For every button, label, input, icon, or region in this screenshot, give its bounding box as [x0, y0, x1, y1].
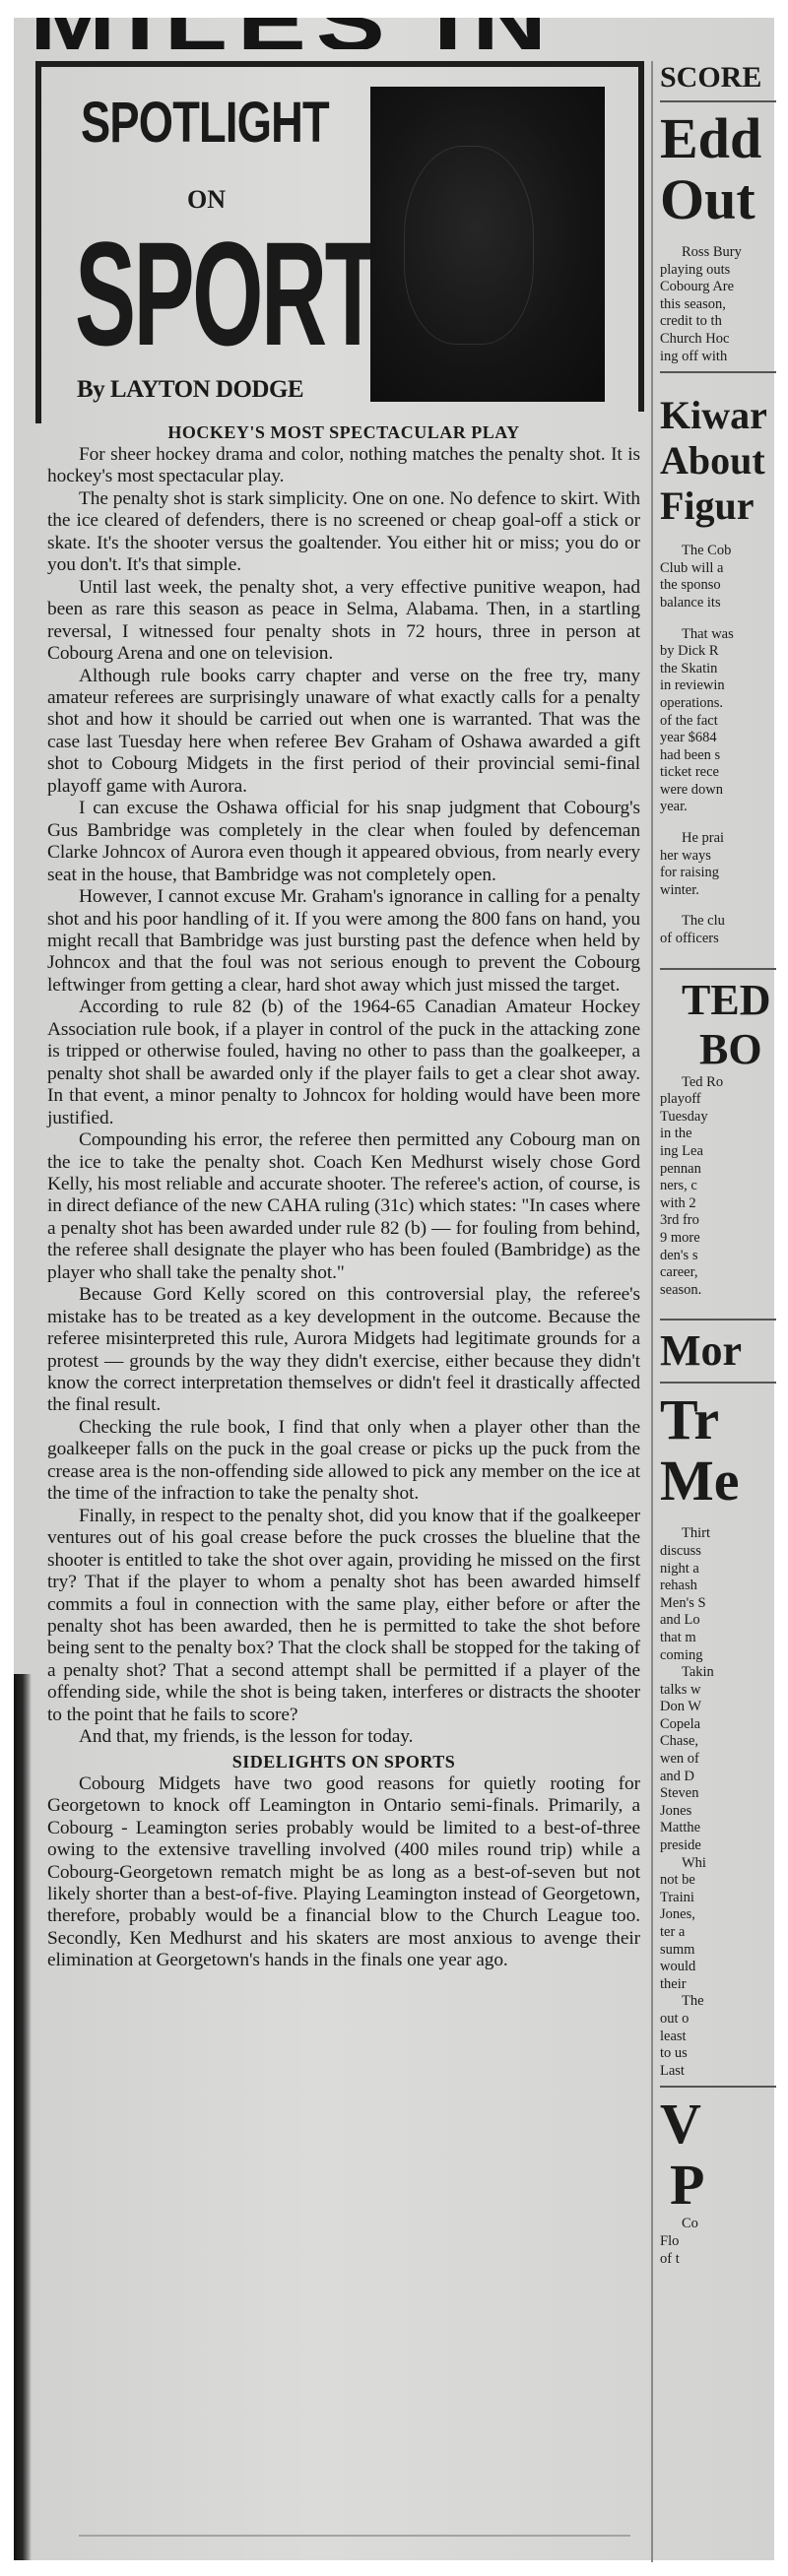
spacer	[660, 379, 776, 393]
side-text-line: summ	[660, 1942, 776, 1960]
side-text-line: the Skatin	[660, 661, 776, 678]
portrait-silhouette	[404, 146, 534, 345]
side-text-line: their	[660, 1976, 776, 1994]
spacer	[660, 1299, 776, 1313]
spacer	[660, 816, 776, 830]
side-text-line: Last	[660, 2063, 776, 2081]
side-text-line: credit to th	[660, 313, 776, 331]
side-text-line: of the fact	[660, 713, 776, 731]
side-text-line: Cobourg Are	[660, 279, 776, 296]
side-rule	[660, 2086, 776, 2088]
byline: By LAYTON DODGE	[77, 376, 303, 404]
side-text-line: balance its	[660, 595, 776, 612]
top-headline-text: MILES IN	[30, 18, 557, 49]
side-text-line: 3rd fro	[660, 1212, 776, 1230]
side-text-line: pennan	[660, 1161, 776, 1179]
side-headline: TED	[660, 976, 776, 1025]
article-heading: HOCKEY'S MOST SPECTACULAR PLAY	[47, 421, 640, 443]
side-text-line: and D	[660, 1769, 776, 1786]
spacer	[660, 612, 776, 626]
side-text-line: Club will a	[660, 560, 776, 578]
top-headline-cropped: MILES IN	[14, 18, 774, 49]
spacer	[660, 1512, 776, 1525]
article-paragraph: The penalty shot is stark simplicity. On…	[47, 488, 640, 577]
page-binding-shadow	[14, 1674, 32, 2560]
article-paragraph: Until last week, the penalty shot, a ver…	[47, 577, 640, 666]
bottom-rule	[79, 2535, 630, 2537]
article-paragraph: Although rule books carry chapter and ve…	[47, 666, 640, 799]
side-rule	[660, 100, 776, 102]
side-text-line: Ted Ro	[660, 1074, 776, 1092]
side-headline: BO	[660, 1025, 776, 1074]
side-text-line: That was	[660, 626, 776, 644]
side-text-line: ter a	[660, 1924, 776, 1942]
spacer	[660, 899, 776, 913]
article-paragraph: Compounding his error, the referee then …	[47, 1129, 640, 1284]
side-text-line: season.	[660, 1282, 776, 1300]
article-paragraph: Because Gord Kelly scored on this contro…	[47, 1284, 640, 1417]
side-text-line: Whi	[660, 1855, 776, 1873]
side-headline: About	[660, 438, 776, 483]
side-headline: V	[660, 2093, 776, 2155]
column-header-box: SPOTLIGHT ON SPORTS By LAYTON DODGE	[35, 61, 644, 412]
side-text-line: rehash	[660, 1578, 776, 1595]
sidelights-paragraph: Cobourg Midgets have two good reasons fo…	[47, 1773, 640, 1972]
side-text-line: out o	[660, 2011, 776, 2029]
side-text-line: 9 more	[660, 1230, 776, 1248]
side-headline: Me	[660, 1450, 776, 1512]
sidelights-heading: SIDELIGHTS ON SPORTS	[47, 1751, 640, 1772]
side-rule	[660, 371, 776, 373]
side-text-line: had been s	[660, 747, 776, 765]
side-text-line: and Lo	[660, 1612, 776, 1630]
side-text-line: year $684	[660, 730, 776, 747]
side-headline: Figur	[660, 483, 776, 529]
article-paragraph: I can excuse the Oshawa official for his…	[47, 798, 640, 886]
side-text-line: Jones	[660, 1803, 776, 1821]
side-text-line: Tuesday	[660, 1109, 776, 1127]
side-headline: Kiwar	[660, 393, 776, 438]
side-rule	[660, 1382, 776, 1384]
side-text-line: discuss	[660, 1543, 776, 1561]
side-text-line: with 2	[660, 1195, 776, 1213]
side-text-line: ticket rece	[660, 764, 776, 782]
article-paragraph: According to rule 82 (b) of the 1964-65 …	[47, 997, 640, 1129]
side-text-line: year.	[660, 799, 776, 816]
side-text-line: The clu	[660, 913, 776, 931]
side-text-line: in reviewin	[660, 677, 776, 695]
side-text-line: were down	[660, 782, 776, 800]
side-text-line: would	[660, 1959, 776, 1976]
column-title-spotlight: SPOTLIGHT	[81, 95, 329, 152]
side-headline: Out	[660, 169, 776, 230]
side-kicker: Mor	[660, 1326, 776, 1376]
side-text-line: Jones,	[660, 1906, 776, 1924]
side-text-line: playing outs	[660, 262, 776, 280]
side-text-line: that m	[660, 1630, 776, 1647]
side-text-line: operations.	[660, 695, 776, 713]
side-text-line: of t	[660, 2251, 776, 2269]
article-paragraph: However, I cannot excuse Mr. Graham's ig…	[47, 886, 640, 997]
side-text-line: coming	[660, 1647, 776, 1665]
side-text-line: talks w	[660, 1682, 776, 1700]
side-text-line: in the	[660, 1126, 776, 1143]
side-headline: Tr	[660, 1389, 776, 1450]
side-text-line: least	[660, 2029, 776, 2046]
side-rule	[660, 968, 776, 970]
side-text-line: The Cob	[660, 543, 776, 560]
side-text-line: Men's S	[660, 1595, 776, 1613]
side-text-line: ing off with	[660, 349, 776, 366]
side-text-line: playoff	[660, 1091, 776, 1109]
side-text-line: by Dick R	[660, 643, 776, 661]
column-divider	[651, 61, 653, 2562]
columnist-photo	[370, 87, 605, 402]
side-text-line: Steven	[660, 1785, 776, 1803]
side-headline: Edd	[660, 108, 776, 169]
side-text-line: Traini	[660, 1890, 776, 1907]
side-text-line: He prai	[660, 830, 776, 848]
side-text-line: Ross Bury	[660, 244, 776, 262]
spacer	[660, 230, 776, 244]
spacer	[660, 529, 776, 543]
side-text-line: The	[660, 1993, 776, 2011]
side-text-line: career,	[660, 1264, 776, 1282]
side-text-line: Copela	[660, 1716, 776, 1734]
side-text-line: the sponso	[660, 577, 776, 595]
side-text-line: Don W	[660, 1699, 776, 1716]
side-text-line: this season,	[660, 296, 776, 314]
side-column: SCOREEddOutRoss Buryplaying outsCobourg …	[660, 61, 776, 2268]
article-paragraph: Finally, in respect to the penalty shot,…	[47, 1506, 640, 1727]
side-text-line: ing Lea	[660, 1143, 776, 1161]
side-text-line: for raising	[660, 865, 776, 882]
article-paragraph: For sheer hockey drama and color, nothin…	[47, 444, 640, 488]
side-text-line: Church Hoc	[660, 331, 776, 349]
side-text-line: to us	[660, 2045, 776, 2063]
side-text-line: Matthe	[660, 1820, 776, 1837]
side-text-line: Thirt	[660, 1525, 776, 1543]
side-text-line: den's s	[660, 1248, 776, 1265]
side-rule	[660, 1319, 776, 1320]
side-text-line: night a	[660, 1561, 776, 1578]
spacer	[660, 948, 776, 962]
side-headline: P	[660, 2155, 776, 2216]
side-text-line: Flo	[660, 2233, 776, 2251]
box-border-extension	[35, 402, 41, 423]
article-paragraph: Checking the rule book, I find that only…	[47, 1417, 640, 1506]
article-paragraph: And that, my friends, is the lesson for …	[47, 1726, 640, 1748]
side-text-line: not be	[660, 1872, 776, 1890]
article-body: HOCKEY'S MOST SPECTACULAR PLAY For sheer…	[47, 419, 640, 1972]
side-kicker: SCORE	[660, 61, 776, 95]
side-text-line: preside	[660, 1837, 776, 1855]
side-text-line: Chase,	[660, 1733, 776, 1751]
side-text-line: winter.	[660, 882, 776, 900]
side-text-line: of officers	[660, 931, 776, 948]
side-text-line: Takin	[660, 1664, 776, 1682]
side-text-line: wen of	[660, 1751, 776, 1769]
side-text-line: ners, c	[660, 1178, 776, 1195]
side-text-line: her ways	[660, 848, 776, 866]
side-text-line: Co	[660, 2216, 776, 2233]
